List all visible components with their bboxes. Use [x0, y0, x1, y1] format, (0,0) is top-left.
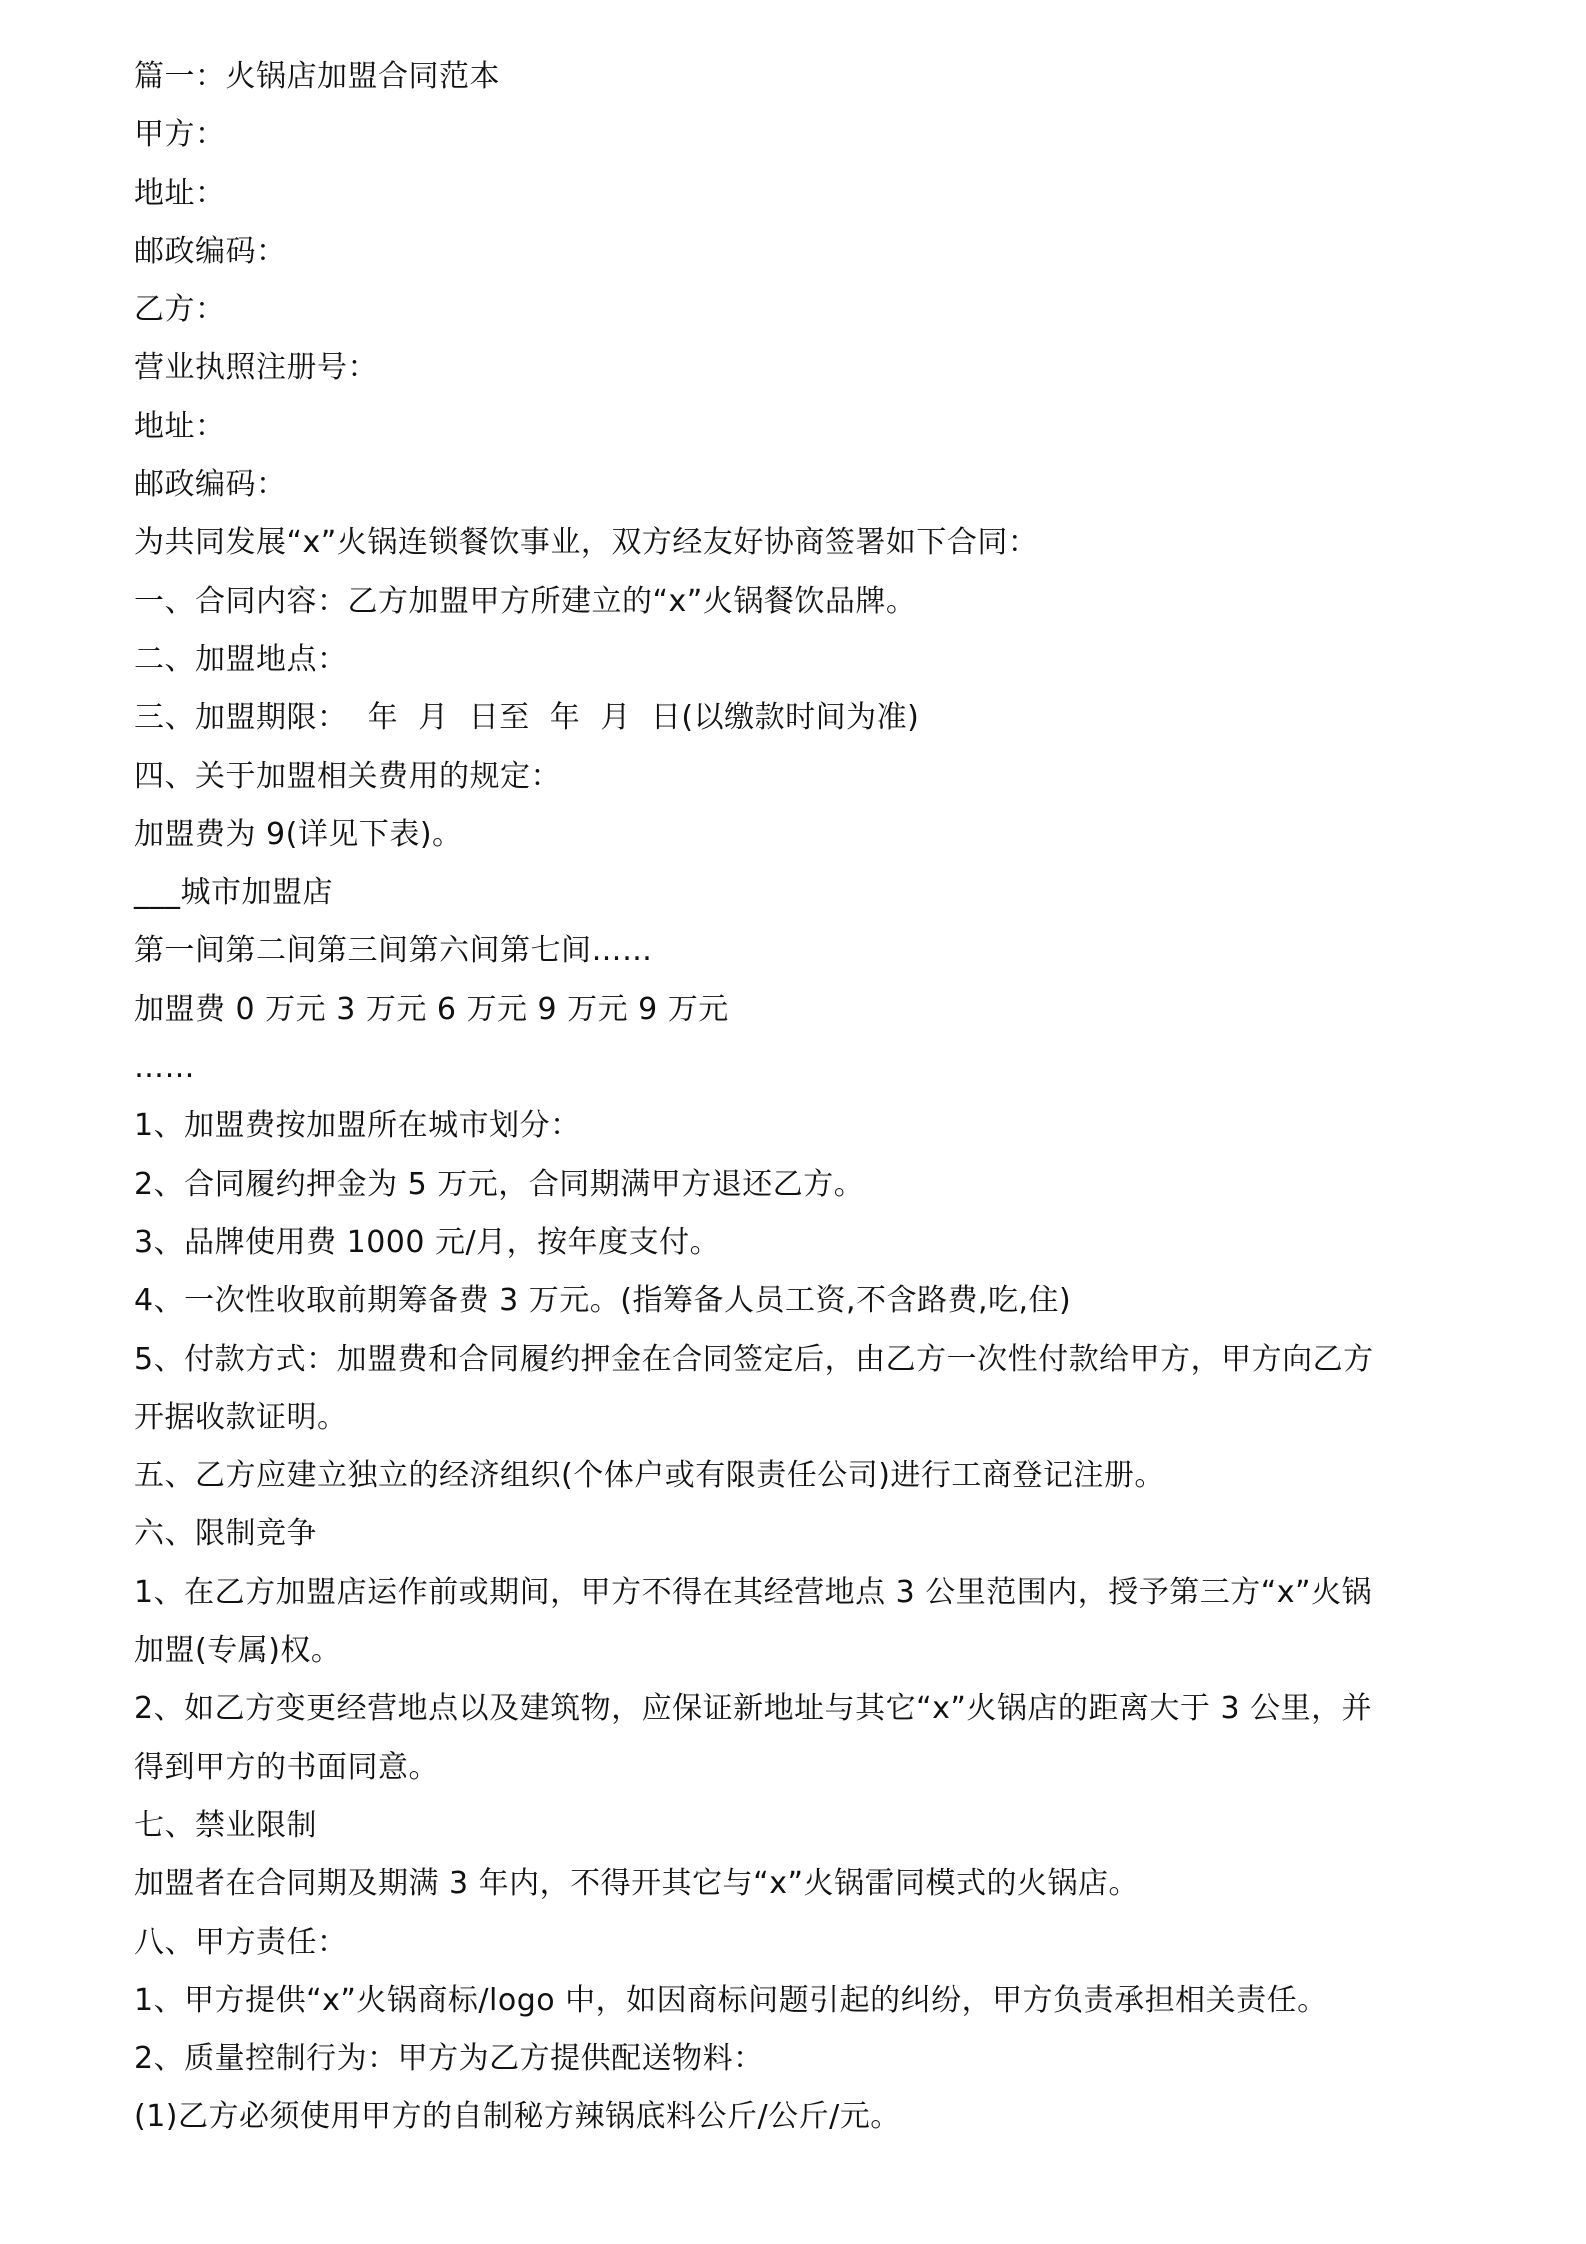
responsibility-item-2-sub-1: (1)乙方必须使用甲方的自制秘方辣锅底料公斤/公斤/元。 — [134, 2088, 1464, 2146]
fee-item-3: 3、品牌使用费 1000 元/月，按年度支付。 — [134, 1214, 1464, 1272]
party-b-postcode-label: 邮政编码： — [134, 456, 1464, 514]
party-a-postcode-label: 邮政编码： — [134, 223, 1464, 281]
competition-item-1: 1、在乙方加盟店运作前或期间，甲方不得在其经营地点 3 公里范围内，授予第三方“… — [134, 1564, 1464, 1622]
section-3-term: 三、加盟期限： 年 月 日至 年 月 日(以缴款时间为准) — [134, 689, 1464, 747]
fee-item-1: 1、加盟费按加盟所在城市划分： — [134, 1097, 1464, 1155]
store-order-row: 第一间第二间第三间第六间第七间…… — [134, 922, 1464, 980]
document-page: 篇一：火锅店加盟合同范本 甲方： 地址： 邮政编码： 乙方： 营业执照注册号： … — [134, 48, 1464, 2147]
document-title: 篇一：火锅店加盟合同范本 — [134, 48, 1464, 106]
business-license-label: 营业执照注册号： — [134, 339, 1464, 397]
fee-item-2: 2、合同履约押金为 5 万元，合同期满甲方退还乙方。 — [134, 1156, 1464, 1214]
responsibility-item-1: 1、甲方提供“x”火锅商标/logo 中，如因商标问题引起的纠纷，甲方负责承担相… — [134, 1972, 1464, 2030]
franchise-fee-line: 加盟费为 9(详见下表)。 — [134, 806, 1464, 864]
section-1-contract-content: 一、合同内容：乙方加盟甲方所建立的“x”火锅餐饮品牌。 — [134, 573, 1464, 631]
section-6-heading: 六、限制竞争 — [134, 1505, 1464, 1563]
competition-item-1-cont: 加盟(专属)权。 — [134, 1622, 1464, 1680]
fee-item-4: 4、一次性收取前期筹备费 3 万元。(指筹备人员工资,不含路费,吃,住) — [134, 1272, 1464, 1330]
section-5-registration: 五、乙方应建立独立的经济组织(个体户或有限责任公司)进行工商登记注册。 — [134, 1447, 1464, 1505]
fee-item-5-cont: 开据收款证明。 — [134, 1389, 1464, 1447]
section-7-heading: 七、禁业限制 — [134, 1797, 1464, 1855]
section-4-fees-heading: 四、关于加盟相关费用的规定： — [134, 748, 1464, 806]
party-b-label: 乙方： — [134, 281, 1464, 339]
ellipsis-line: …… — [134, 1039, 1464, 1097]
non-compete-paragraph: 加盟者在合同期及期满 3 年内，不得开其它与“x”火锅雷同模式的火锅店。 — [134, 1855, 1464, 1913]
section-2-location: 二、加盟地点： — [134, 631, 1464, 689]
fee-amount-row: 加盟费 0 万元 3 万元 6 万元 9 万元 9 万元 — [134, 981, 1464, 1039]
preamble-paragraph: 为共同发展“x”火锅连锁餐饮事业，双方经友好协商签署如下合同： — [134, 514, 1464, 572]
party-a-address-label: 地址： — [134, 165, 1464, 223]
competition-item-2-cont: 得到甲方的书面同意。 — [134, 1739, 1464, 1797]
fee-item-5: 5、付款方式：加盟费和合同履约押金在合同签定后，由乙方一次性付款给甲方，甲方向乙… — [134, 1331, 1464, 1389]
party-b-address-label: 地址： — [134, 398, 1464, 456]
party-a-label: 甲方： — [134, 106, 1464, 164]
section-8-heading: 八、甲方责任： — [134, 1914, 1464, 1972]
competition-item-2: 2、如乙方变更经营地点以及建筑物，应保证新地址与其它“x”火锅店的距离大于 3 … — [134, 1680, 1464, 1738]
city-store-line: ___城市加盟店 — [134, 864, 1464, 922]
responsibility-item-2: 2、质量控制行为：甲方为乙方提供配送物料： — [134, 2030, 1464, 2088]
